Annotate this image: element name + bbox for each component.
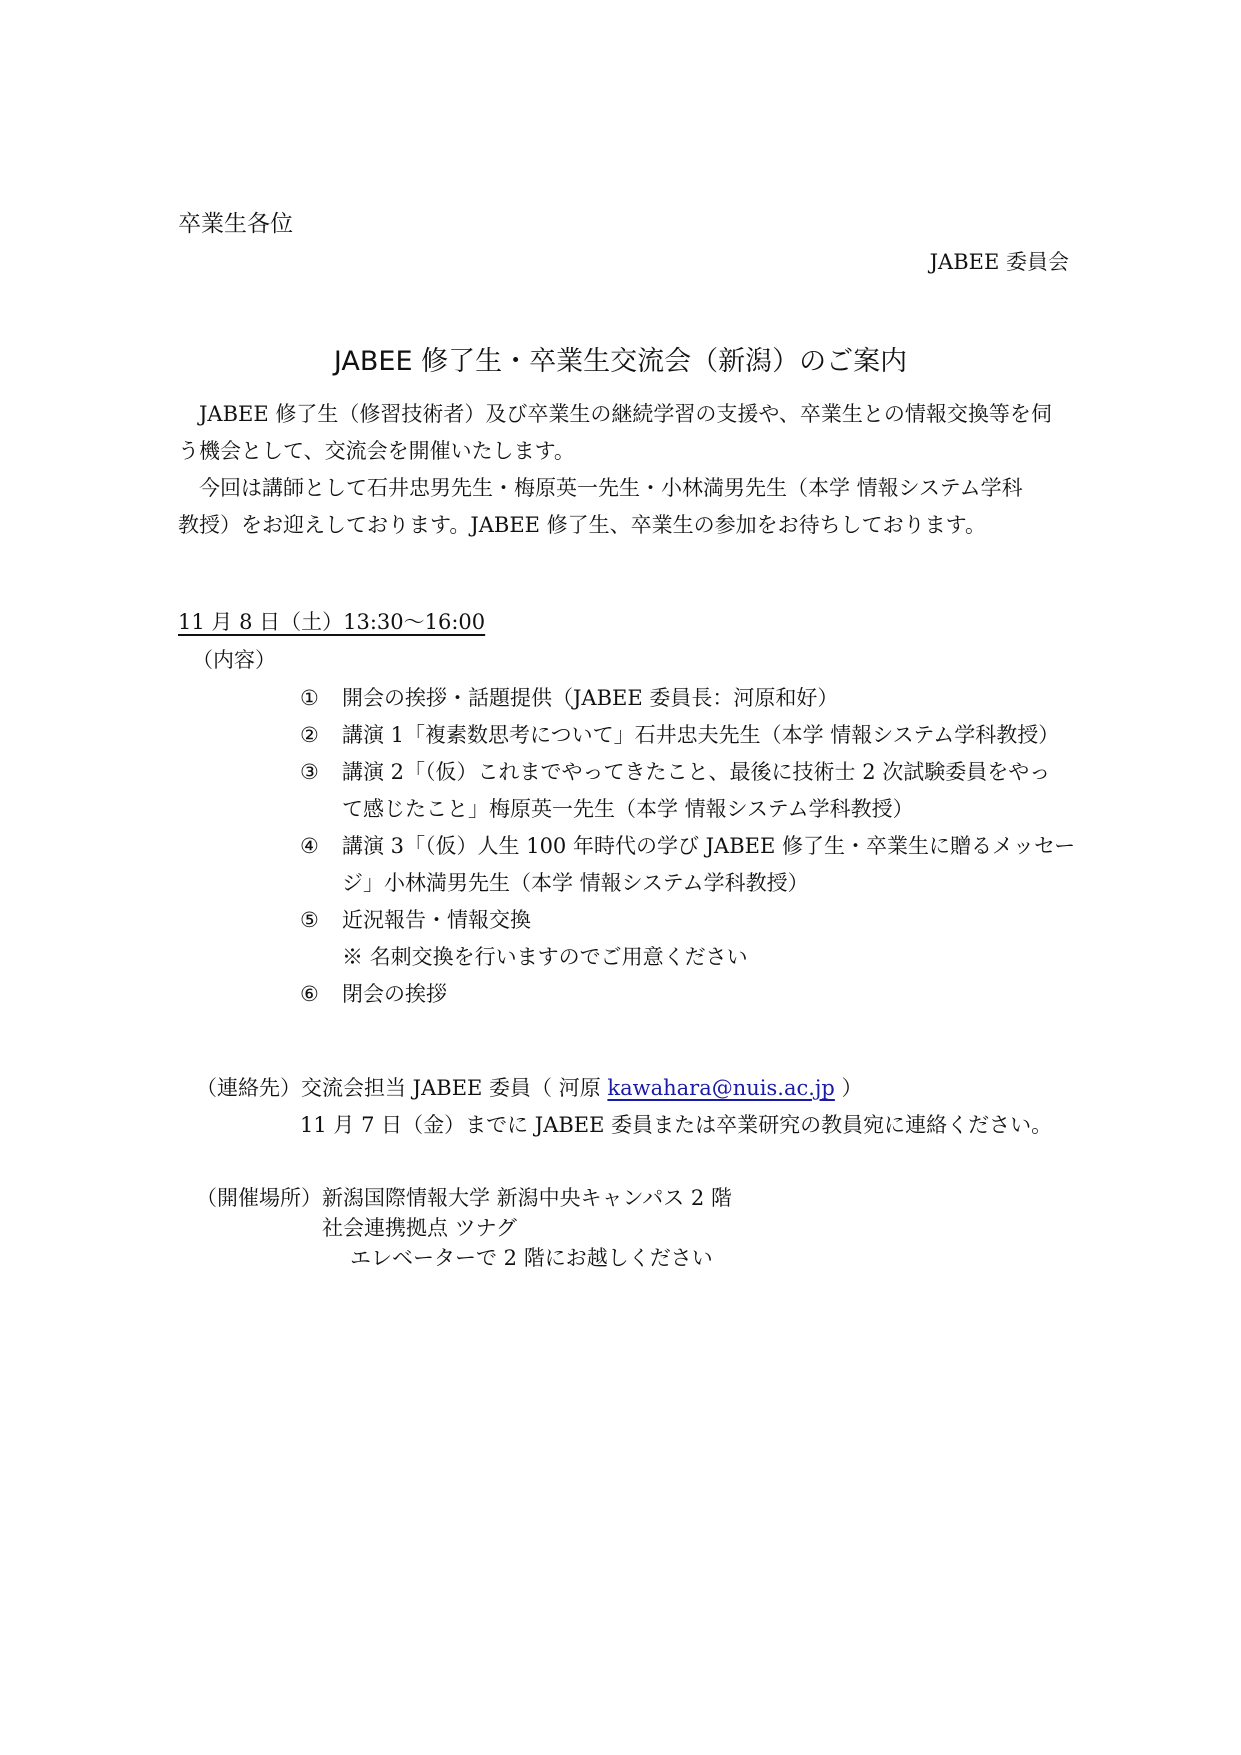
venue-line-1: 新潟国際情報大学 新潟中央キャンパス 2 階 <box>322 1186 732 1210</box>
agenda-number: ⑤ <box>300 906 319 934</box>
agenda-text: て感じたこと」梅原英一先生（本学 情報システム学科教授） <box>342 795 914 823</box>
contact-section: （連絡先）交流会担当 JABEE 委員（ 河原 kawahara@nuis.ac… <box>196 1074 863 1102</box>
agenda-text: 閉会の挨拶 <box>342 980 447 1008</box>
agenda-text: ジ」小林満男先生（本学 情報システム学科教授） <box>342 869 809 897</box>
document-title: JABEE 修了生・卒業生交流会（新潟）のご案内 <box>0 344 1241 380</box>
contents-label: （内容） <box>192 646 276 674</box>
agenda-text: 講演 3「（仮）人生 100 年時代の学び JABEE 修了生・卒業生に贈るメッ… <box>342 832 1075 860</box>
venue-line-3: エレベーターで 2 階にお越しください <box>350 1244 713 1272</box>
agenda-number: ④ <box>300 832 319 860</box>
venue-section: （開催場所）新潟国際情報大学 新潟中央キャンパス 2 階 <box>196 1184 732 1212</box>
agenda-number: ③ <box>300 758 319 786</box>
agenda-number: ① <box>300 684 319 712</box>
addressee: 卒業生各位 <box>178 210 293 238</box>
contact-email-link[interactable]: kawahara@nuis.ac.jp <box>607 1076 834 1100</box>
agenda-text: 講演 1「複素数思考について」石井忠夫先生（本学 情報システム学科教授） <box>342 721 1059 749</box>
contact-text: 交流会担当 JABEE 委員（ 河原 <box>301 1076 607 1100</box>
agenda-text: 近況報告・情報交換 <box>342 906 531 934</box>
sender: JABEE 委員会 <box>930 248 1069 276</box>
contact-deadline: 11 月 7 日（金）までに JABEE 委員または卒業研究の教員宛に連絡くださ… <box>300 1111 1052 1139</box>
intro-paragraph-1-line-1: JABEE 修了生（修習技術者）及び卒業生の継続学習の支援や、卒業生との情報交換… <box>178 400 1052 428</box>
agenda-number: ② <box>300 721 319 749</box>
agenda-number: ⑥ <box>300 980 319 1008</box>
intro-paragraph-2-line-1: 今回は講師として石井忠男先生・梅原英一先生・小林満男先生（本学 情報システム学科 <box>178 474 1023 502</box>
document-page: 卒業生各位 JABEE 委員会 JABEE 修了生・卒業生交流会（新潟）のご案内… <box>0 0 1241 1755</box>
event-date-time: 11 月 8 日（土）13:30〜16:00 <box>178 608 485 636</box>
intro-paragraph-1-line-2: う機会として、交流会を開催いたします。 <box>178 437 575 465</box>
agenda-text: 講演 2「（仮）これまでやってきたこと、最後に技術士 2 次試験委員をやっ <box>342 758 1050 786</box>
contact-text-end: ） <box>835 1076 863 1100</box>
venue-label: （開催場所） <box>196 1186 322 1210</box>
intro-paragraph-2-line-2: 教授）をお迎えしております。JABEE 修了生、卒業生の参加をお待ちしております… <box>178 511 986 539</box>
agenda-note: ※ 名刺交換を行いますのでご用意ください <box>342 943 748 971</box>
venue-line-2: 社会連携拠点 ツナグ <box>322 1214 517 1242</box>
contact-label: （連絡先） <box>196 1076 301 1100</box>
agenda-text: 開会の挨拶・話題提供（JABEE 委員長：河原和好） <box>342 684 838 712</box>
